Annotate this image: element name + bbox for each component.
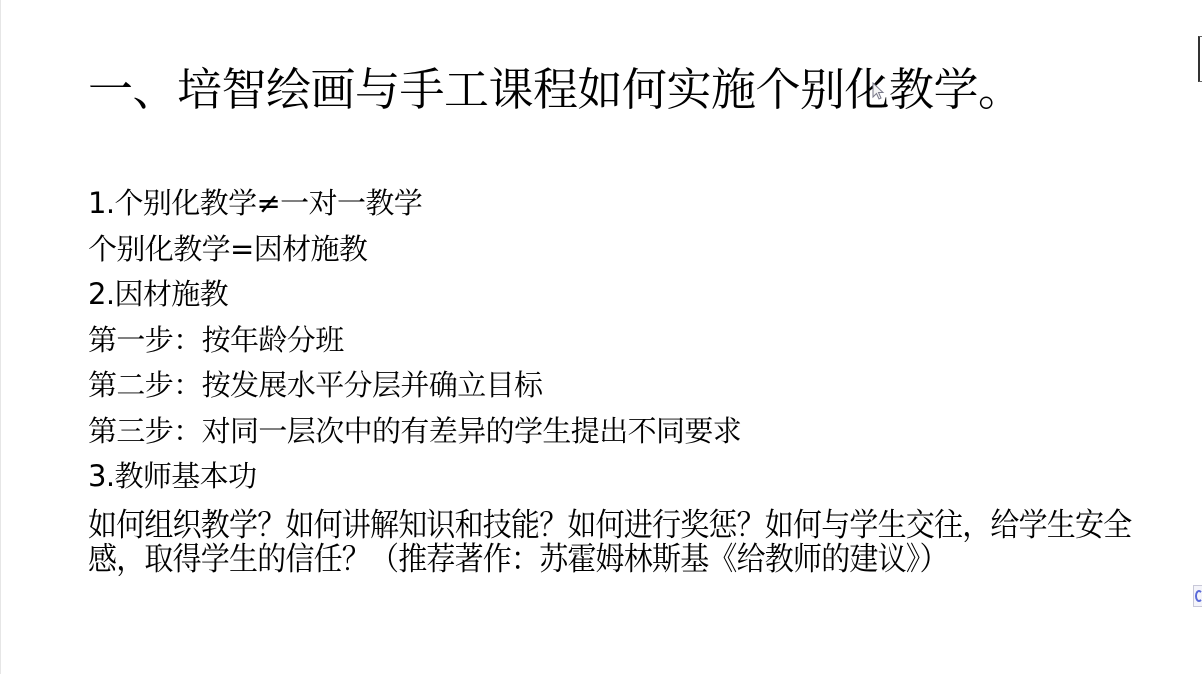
assistant-glyph-icon xyxy=(1195,590,1202,602)
point-3-paragraph: 如何组织教学？如何讲解知识和技能？如何进行奖惩？如何与学生交往，给学生安全感，取… xyxy=(88,508,1168,576)
step-2: 第二步：按发展水平分层并确立目标 xyxy=(88,363,1178,409)
presentation-slide: 一、培智绘画与手工课程如何实施个别化教学。 1.个别化教学≠一对一教学 个别化教… xyxy=(0,0,1202,674)
step-3: 第三步：对同一层次中的有差异的学生提出不同要求 xyxy=(88,409,1178,455)
step-1: 第一步：按年龄分班 xyxy=(88,318,1178,364)
point-1-heading: 1.个别化教学≠一对一教学 xyxy=(88,181,1178,227)
slide-left-border xyxy=(0,0,1,674)
point-2-heading: 2.因材施教 xyxy=(88,272,1178,318)
mouse-pointer-icon xyxy=(872,82,886,102)
browser-assistant-icon[interactable] xyxy=(1193,585,1202,607)
point-1-definition: 个别化教学=因材施教 xyxy=(88,227,1178,273)
window-edge-bracket xyxy=(1198,36,1202,82)
point-3-heading: 3.教师基本功 xyxy=(88,454,1178,500)
slide-body: 1.个别化教学≠一对一教学 个别化教学=因材施教 2.因材施教 第一步：按年龄分… xyxy=(88,181,1178,570)
